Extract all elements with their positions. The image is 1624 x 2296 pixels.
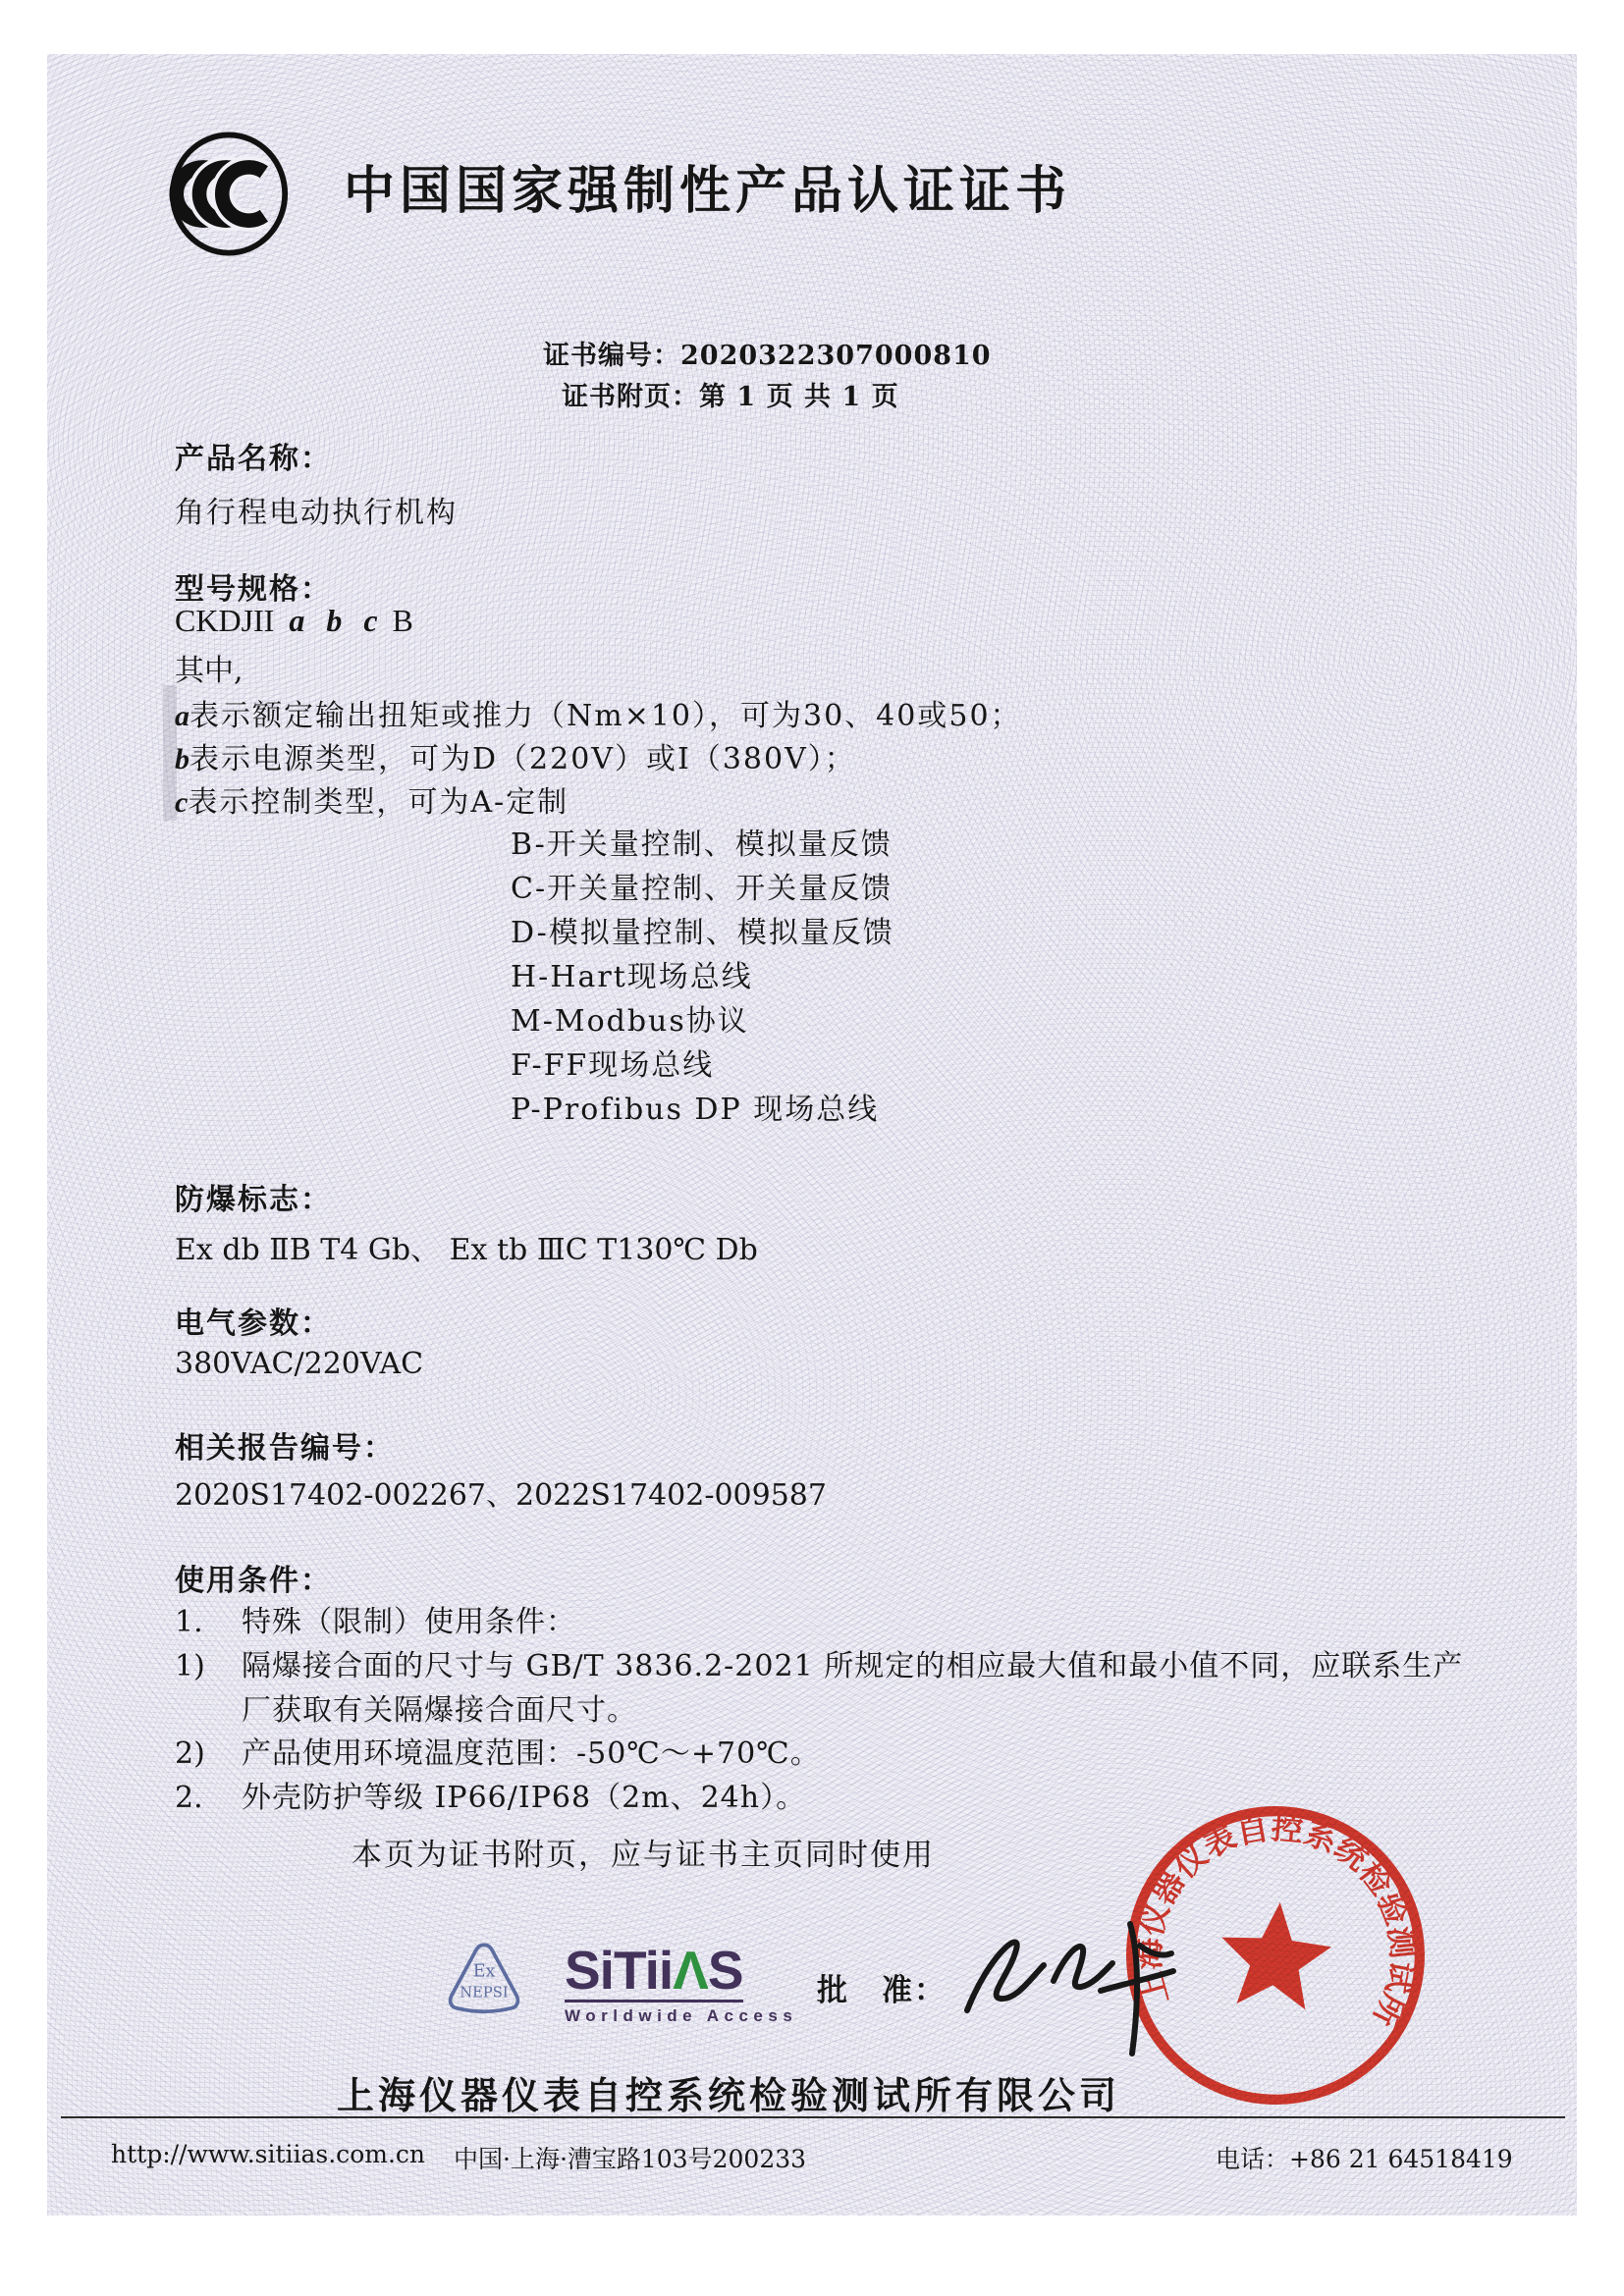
var-c-desc: 表示控制类型，可为A-定制 — [188, 785, 568, 820]
product-name-value: 角行程电动执行机构 — [175, 488, 458, 531]
certificate-page: 中国国家强制性产品认证证书 证书编号：2020322307000810 证书附页… — [0, 0, 1624, 2296]
electrical-label: 电气参数： — [175, 1299, 332, 1342]
product-name-label: 产品名称： — [175, 434, 332, 477]
control-option: B-开关量控制、模拟量反馈 — [511, 823, 893, 867]
condition-item: 1. 特殊（限制）使用条件： — [175, 1600, 1489, 1644]
control-option: H-Hart现场总线 — [511, 955, 753, 999]
model-spec-value: CKDJII a b c B — [175, 603, 413, 639]
control-option: M-Modbus协议 — [511, 999, 749, 1043]
var-b: b — [175, 743, 189, 775]
footer-address: 中国·上海·漕宝路103号200233 — [454, 2140, 806, 2175]
condition-number: 2. — [175, 1776, 242, 1820]
condition-number: 2) — [175, 1732, 242, 1776]
certificate-title: 中国国家强制性产品认证证书 — [344, 149, 1071, 223]
sitiias-logo: SiTiiΛS Worldwide Access — [565, 1944, 797, 2024]
condition-number: 1) — [175, 1644, 242, 1733]
model-spec-label: 型号规格： — [175, 564, 332, 608]
model-var-c: c — [363, 603, 377, 639]
sitiias-a-mark: Λ — [673, 1940, 708, 2001]
nepsi-ex-text: Ex — [473, 1962, 496, 1982]
certificate-number-line: 证书编号：2020322307000810 — [543, 334, 992, 372]
model-line-c: c表示控制类型，可为A-定制 — [175, 777, 568, 821]
conditions-label: 使用条件： — [175, 1556, 332, 1599]
var-a: a — [175, 700, 189, 732]
footer-phone: 电话：+86 21 64518419 — [1216, 2140, 1513, 2175]
control-option: D-模拟量控制、模拟量反馈 — [511, 911, 894, 955]
model-var-a: a — [289, 603, 304, 639]
model-suffix: B — [393, 603, 413, 638]
nepsi-logo: Ex NEPSI — [439, 1936, 529, 2023]
condition-text: 隔爆接合面的尺寸与 GB/T 3836.2-2021 所规定的相应最大值和最小值… — [242, 1644, 1489, 1733]
approval-label: 批 准： — [817, 1965, 947, 2009]
condition-text: 特殊（限制）使用条件： — [242, 1600, 1489, 1644]
var-c: c — [175, 786, 188, 819]
control-option: P-Profibus DP 现场总线 — [511, 1088, 879, 1132]
nepsi-name-text: NEPSI — [460, 1985, 508, 2002]
var-b-desc: 表示电源类型，可为D（220V）或I（380V）； — [189, 742, 856, 776]
control-option: F-FF现场总线 — [511, 1043, 714, 1088]
certificate-page-line: 证书附页：第 1 页 共 1 页 — [562, 375, 899, 413]
report-numbers-label: 相关报告编号： — [175, 1423, 395, 1467]
condition-text: 产品使用环境温度范围：-50℃～+70℃。 — [242, 1732, 1489, 1776]
sitiias-left-text: SiTii — [565, 1940, 673, 2001]
model-line-b: b表示电源类型，可为D（220V）或I（380V）； — [175, 734, 856, 777]
sitiias-tagline: Worldwide Access — [565, 2007, 797, 2024]
sitiias-right-text: S — [708, 1940, 743, 2001]
electrical-value: 380VAC/220VAC — [175, 1347, 423, 1381]
appendix-note: 本页为证书附页，应与证书主页同时使用 — [352, 1830, 935, 1874]
ex-marking-value: Ex db ⅡB T4 Gb、 Ex tb ⅢC T130℃ Db — [175, 1225, 758, 1268]
approval-signature — [938, 1895, 1222, 2075]
condition-item: 2) 产品使用环境温度范围：-50℃～+70℃。 — [175, 1732, 1489, 1776]
model-among-text: 其中, — [175, 646, 244, 689]
model-var-b: b — [326, 603, 342, 639]
condition-number: 1. — [175, 1600, 242, 1644]
ccc-logo-icon — [167, 128, 291, 261]
model-line-a: a表示额定输出扭矩或推力（Nm×10），可为30、40或50； — [175, 691, 1022, 734]
footer-url: http://www.sitiias.com.cn — [111, 2140, 425, 2168]
condition-item: 1) 隔爆接合面的尺寸与 GB/T 3836.2-2021 所规定的相应最大值和… — [175, 1644, 1489, 1733]
control-option: C-开关量控制、开关量反馈 — [511, 867, 893, 911]
model-prefix: CKDJII — [175, 603, 274, 638]
stamp-star-icon — [1217, 1897, 1335, 2011]
var-a-desc: 表示额定输出扭矩或推力（Nm×10），可为30、40或50； — [189, 699, 1022, 733]
report-numbers-value: 2020S17402-002267、2022S17402-009587 — [175, 1470, 827, 1514]
ex-marking-label: 防爆标志： — [175, 1175, 332, 1218]
